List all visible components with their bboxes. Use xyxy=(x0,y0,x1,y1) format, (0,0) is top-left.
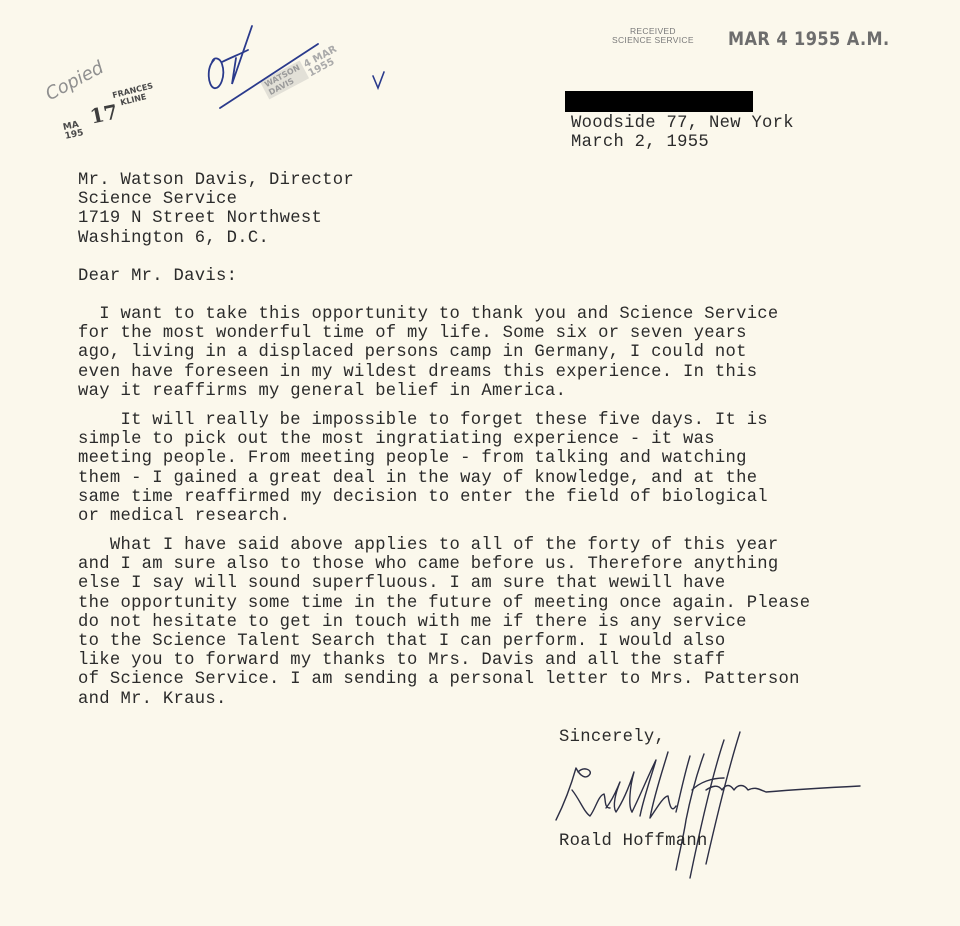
recipient-line4: Washington 6, D.C. xyxy=(78,229,354,248)
sender-address-line: Woodside 77, New York xyxy=(571,114,794,133)
recipient-line2: Science Service xyxy=(78,190,354,209)
recipient-line1: Mr. Watson Davis, Director xyxy=(78,171,354,190)
checkmark-icon xyxy=(373,72,384,88)
recipient-address: Mr. Watson Davis, DirectorScience Servic… xyxy=(78,171,354,248)
paragraph-1: I want to take this opportunity to thank… xyxy=(78,305,779,401)
recipient-line3: 1719 N Street Northwest xyxy=(78,209,354,228)
initials-dt-icon xyxy=(209,26,318,108)
signature-icon xyxy=(556,732,860,878)
closing: Sincerely, xyxy=(559,728,665,747)
salutation: Dear Mr. Davis: xyxy=(78,267,237,286)
sender-address: Woodside 77, New YorkMarch 2, 1955 xyxy=(571,114,794,152)
paragraph-2: It will really be impossible to forget t… xyxy=(78,411,768,526)
paragraph-3: What I have said above applies to all of… xyxy=(78,536,810,709)
signer-name: Roald Hoffmann xyxy=(559,832,708,851)
letter-date: March 2, 1955 xyxy=(571,133,794,152)
redacted-sender-name xyxy=(565,91,753,112)
